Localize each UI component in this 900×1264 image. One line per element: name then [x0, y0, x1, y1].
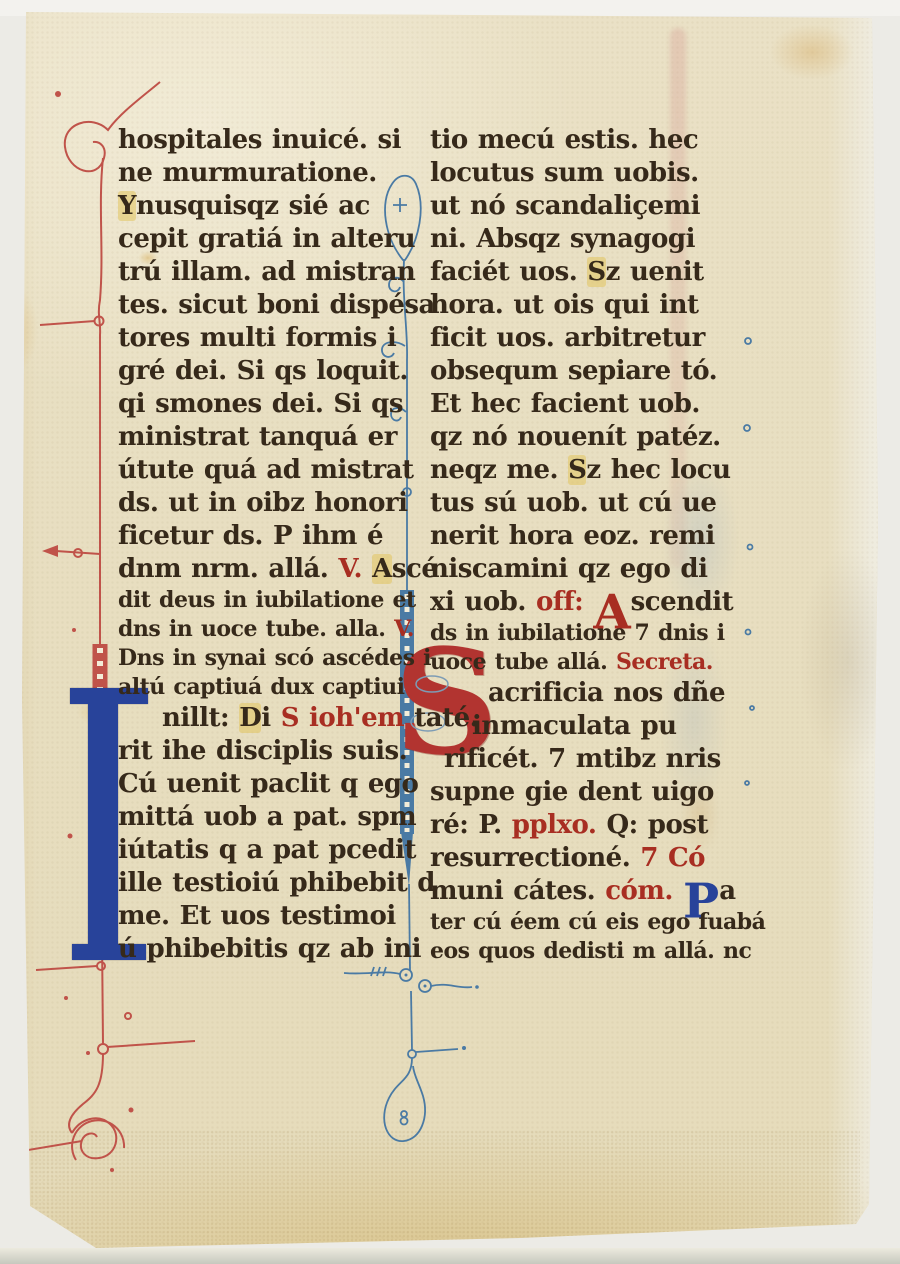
body-text: eos quos dedisti m allá. nc — [430, 938, 751, 964]
text-line: ni. Absqz synagogi — [430, 223, 754, 256]
body-text: acrificia nos dñe — [488, 678, 725, 708]
text-line: inmaculata pu — [430, 710, 754, 743]
body-text: ille testioiú phibebit d — [118, 868, 435, 898]
backing-edge-bottom — [0, 1248, 900, 1264]
body-text: dns in uoce tube. alla. — [118, 616, 394, 642]
text-line: ficit uos. arbitretur — [430, 322, 754, 355]
body-text: uoce tube allá. — [430, 649, 616, 675]
body-text: S — [587, 257, 605, 287]
body-text: inmaculata pu — [472, 711, 677, 741]
body-text: iútatis q a pat pcedit — [118, 835, 416, 865]
body-text: Y — [118, 191, 136, 221]
rubric-text: Secreta. — [616, 649, 713, 675]
body-text: ds in iubilatione 7 dnis i — [430, 620, 725, 646]
body-text: cepit gratiá in alteru — [118, 224, 415, 254]
body-text: ficetur ds. P ihm é — [118, 521, 383, 551]
body-text: trú illam. ad mistran — [118, 257, 415, 287]
text-line: Dns in synai scó ascédes i — [118, 644, 406, 673]
text-line: Et hec facient uob. — [430, 388, 754, 421]
text-line: ficetur ds. P ihm é — [118, 520, 406, 553]
initial-I-letter: I — [68, 688, 69, 689]
body-text: altú captiuá dux captiui — [118, 674, 404, 700]
body-text: Dns in synai scó ascédes i — [118, 645, 431, 671]
text-line: acrificia nos dñe — [430, 677, 754, 710]
body-text: ne murmuratione. — [118, 158, 377, 188]
body-text: dit deus in iubilatione et — [118, 587, 416, 613]
body-text: hora. ut ois qui int — [430, 290, 699, 320]
text-line: tores multi formis i — [118, 322, 406, 355]
body-text: ministrat tanquá er — [118, 422, 397, 452]
text-line: gré dei. Si qs loquit. — [118, 355, 406, 388]
body-text: Q: post — [596, 810, 708, 840]
text-line: dns in uoce tube. alla. V. — [118, 615, 406, 644]
body-text: ni. Absqz synagogi — [430, 224, 695, 254]
body-text: gré dei. Si qs loquit. — [118, 356, 408, 386]
body-text: mittá uob a pat. spm — [118, 802, 416, 832]
body-text: obsequm sepiare tó. — [430, 356, 717, 386]
text-line: neqz me. Sz hec locu — [430, 454, 754, 487]
body-text: ficit uos. arbitretur — [430, 323, 705, 353]
body-text: Cú uenit paclit q ego — [118, 769, 418, 799]
rubric-text: 7 Có — [640, 843, 705, 873]
body-text: qz nó nouenít patéz. — [430, 422, 721, 452]
text-column-right: tio mecú estis. heclocutus sum uobis.ut … — [430, 124, 754, 966]
text-line: tus sú uob. ut cú ue — [430, 487, 754, 520]
text-line: Cú uenit paclit q ego — [118, 768, 406, 801]
body-text: supne gie dent uigo — [430, 777, 714, 807]
body-text: z hec locu — [586, 455, 730, 485]
body-text: i — [261, 703, 280, 733]
body-text: tus sú uob. ut cú ue — [430, 488, 716, 518]
body-text: ut nó scandaliçemi — [430, 191, 700, 221]
rubric-text: V. — [338, 554, 362, 584]
text-line: ú phibebitis qz ab ini — [118, 933, 406, 966]
text-line: qz nó nouenít patéz. — [430, 421, 754, 454]
text-line: iútatis q a pat pcedit — [118, 834, 406, 867]
body-text: xi uob. — [430, 587, 536, 617]
text-line: hospitales inuicé. si — [118, 124, 406, 157]
body-text: tes. sicut boni dispésa — [118, 290, 435, 320]
text-line: mittá uob a pat. spm — [118, 801, 406, 834]
body-text: D — [239, 703, 261, 733]
text-line: altú captiuá dux captiui — [118, 673, 406, 702]
text-line: xi uob. off: Ascendit — [430, 586, 754, 619]
body-text: ré: P. — [430, 810, 512, 840]
body-text: ú phibebitis qz ab ini — [118, 934, 421, 964]
body-text: dnm nrm. allá. — [118, 554, 338, 584]
body-text: nillt: — [162, 703, 239, 733]
text-line: ne murmuratione. — [118, 157, 406, 190]
body-text: tio mecú estis. hec — [430, 125, 698, 155]
text-line: uoce tube allá. Secreta. — [430, 648, 754, 677]
rubric-text: V. — [394, 616, 414, 642]
body-text: scendit — [631, 587, 733, 617]
text-line: útute quá ad mistrat — [118, 454, 406, 487]
rubric-text: cóm. — [605, 876, 683, 906]
body-text: rit ihe disciplis suis. — [118, 736, 407, 766]
body-text: muni cátes. — [430, 876, 605, 906]
text-line: resurrectioné. 7 Có — [430, 842, 754, 875]
body-text: nerit hora eoz. remi — [430, 521, 715, 551]
body-text: nusquisqz sié ac — [136, 191, 370, 221]
body-text: me. Et uos testimoi — [118, 901, 396, 931]
body-text: z uenit — [606, 257, 704, 287]
rubric-text: off: — [536, 587, 583, 617]
body-text: neqz me. — [430, 455, 568, 485]
text-line: cepit gratiá in alteru — [118, 223, 406, 256]
text-line: Ynusquisqz sié ac — [118, 190, 406, 223]
text-line: tio mecú estis. hec — [430, 124, 754, 157]
text-line: ds. ut in oibz honori — [118, 487, 406, 520]
body-text: útute quá ad mistrat — [118, 455, 414, 485]
text-line: faciét uos. Sz uenit — [430, 256, 754, 289]
text-line: trú illam. ad mistran — [118, 256, 406, 289]
text-line: niscamini qz ego di — [430, 553, 754, 586]
body-text: resurrectioné. — [430, 843, 640, 873]
text-line: rificét. 7 mtibz nris — [430, 743, 754, 776]
body-text: Et hec facient uob. — [430, 389, 700, 419]
text-line: qi smones dei. Si qs — [118, 388, 406, 421]
text-line: obsequm sepiare tó. — [430, 355, 754, 388]
text-line: ministrat tanquá er — [118, 421, 406, 454]
text-line: ds in iubilatione 7 dnis i — [430, 619, 754, 648]
text-line: ut nó scandaliçemi — [430, 190, 754, 223]
text-line: eos quos dedisti m allá. nc — [430, 937, 754, 966]
manuscript-leaf: I S hospitales inuicé. sine murmuratione… — [0, 0, 900, 1264]
parchment-grain-bottom — [30, 1130, 860, 1250]
body-text: S — [568, 455, 586, 485]
body-text: a — [719, 876, 735, 906]
text-line: rit ihe disciplis suis. — [118, 735, 406, 768]
body-text: ds. ut in oibz honori — [118, 488, 408, 518]
text-line: supne gie dent uigo — [430, 776, 754, 809]
text-line: ré: P. pplxo. Q: post — [430, 809, 754, 842]
body-text: A — [372, 554, 392, 584]
photograph-background: I S hospitales inuicé. sine murmuratione… — [0, 0, 900, 1264]
text-line: tes. sicut boni dispésa — [118, 289, 406, 322]
text-line: nillt: Di S ioh'em taté. — [118, 702, 406, 735]
text-line: ille testioiú phibebit d — [118, 867, 406, 900]
text-line: hora. ut ois qui int — [430, 289, 754, 322]
body-text: faciét uos. — [430, 257, 587, 287]
rubric-text: S ioh'em — [281, 703, 404, 733]
body-text: hospitales inuicé. si — [118, 125, 401, 155]
body-text — [362, 554, 372, 584]
text-line: locutus sum uobis. — [430, 157, 754, 190]
text-column-left: hospitales inuicé. sine murmuratione.Ynu… — [118, 124, 406, 966]
body-text — [583, 587, 593, 617]
body-text: qi smones dei. Si qs — [118, 389, 403, 419]
text-line: muni cátes. cóm. Pa — [430, 875, 754, 908]
body-text: ter cú éem cú eis ego fuabá — [430, 909, 765, 935]
text-line: dit deus in iubilatione et — [118, 586, 406, 615]
text-line: me. Et uos testimoi — [118, 900, 406, 933]
body-text: rificét. 7 mtibz nris — [444, 744, 721, 774]
text-line: ter cú éem cú eis ego fuabá — [430, 908, 754, 937]
rubric-text: pplxo. — [512, 810, 597, 840]
body-text: locutus sum uobis. — [430, 158, 699, 188]
body-text: tores multi formis i — [118, 323, 396, 353]
body-text: niscamini qz ego di — [430, 554, 707, 584]
text-line: dnm nrm. allá. V. Ascé — [118, 553, 406, 586]
text-line: nerit hora eoz. remi — [430, 520, 754, 553]
